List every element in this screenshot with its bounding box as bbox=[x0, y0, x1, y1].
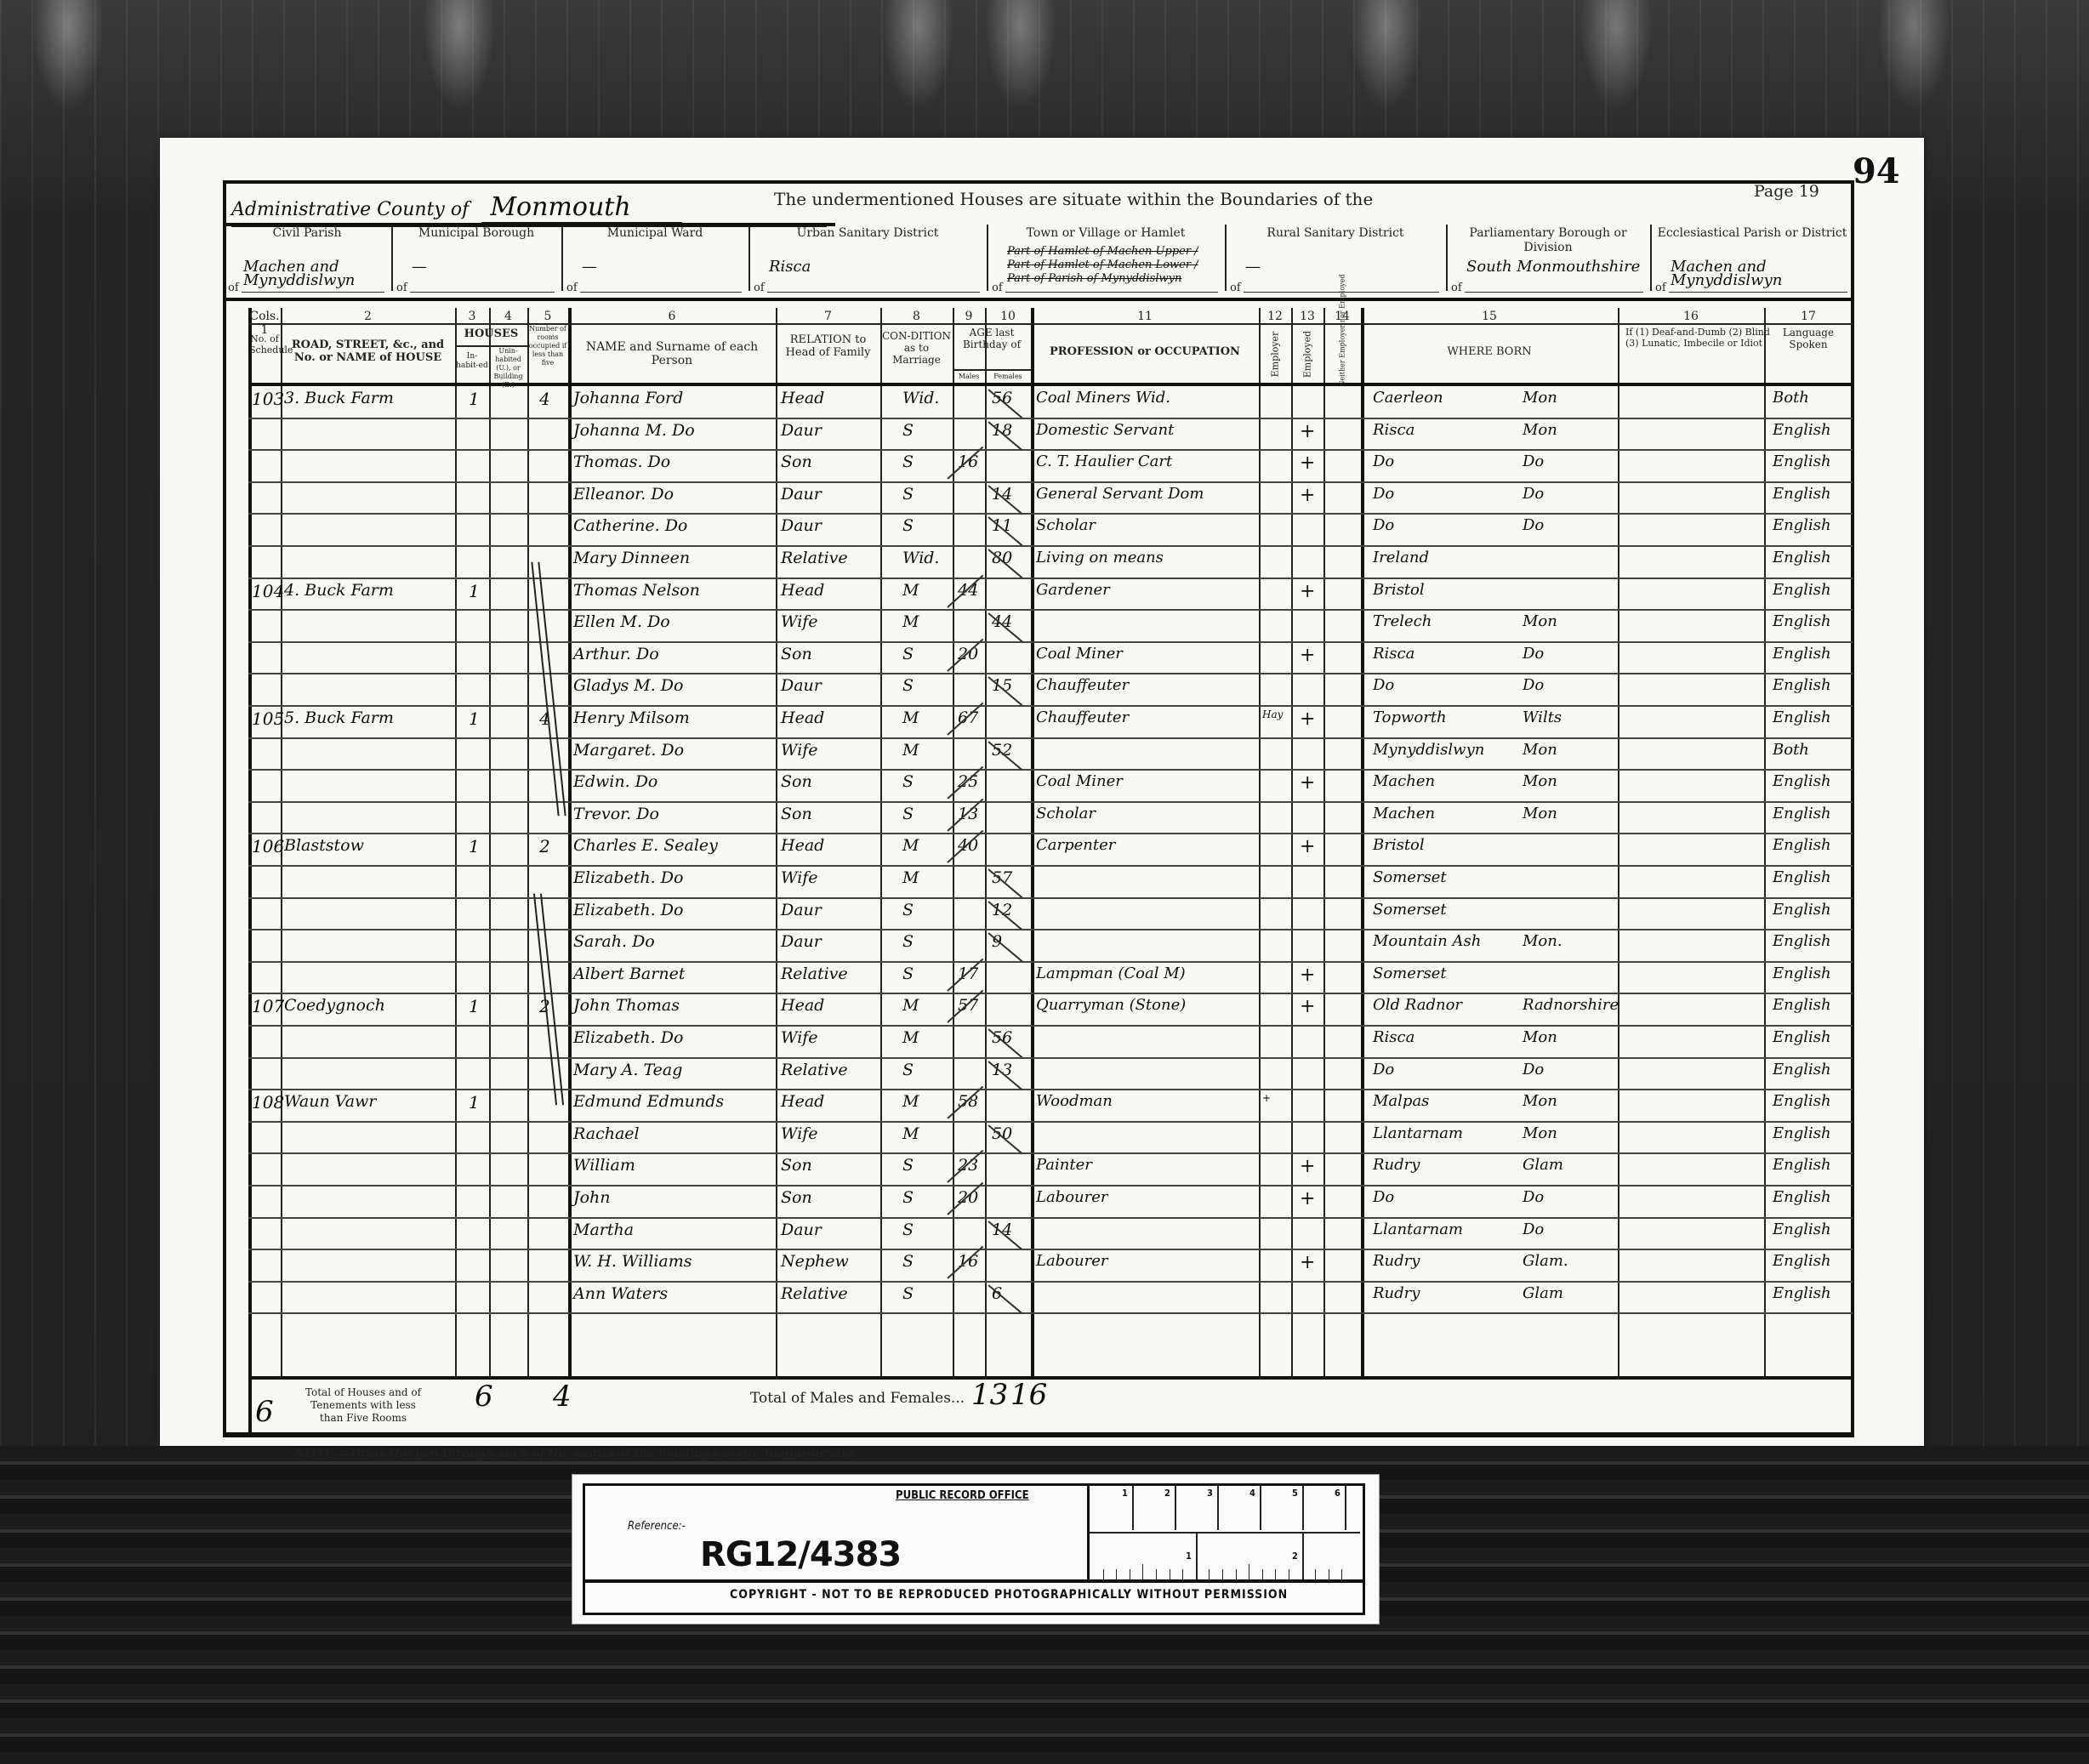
cell-name: Ellen M. Do bbox=[573, 612, 670, 631]
ruler-minor-tick bbox=[1341, 1569, 1342, 1579]
record-office-label: PUBLIC RECORD OFFICE Reference:- RG12/43… bbox=[572, 1474, 1380, 1625]
column-number: 8 bbox=[880, 310, 953, 323]
table-row: Margaret. DoWifeM52MynyddislwynMonBoth bbox=[248, 737, 1853, 770]
cell-relation: Relative bbox=[781, 1284, 848, 1303]
cell-relation: Wife bbox=[781, 868, 818, 887]
cell-language: English bbox=[1773, 932, 1831, 950]
ruler-inch-label: 2 bbox=[1292, 1551, 1298, 1562]
cell-language: Both bbox=[1773, 741, 1809, 759]
cell-occupation: Labourer bbox=[1036, 1252, 1108, 1270]
table-row: Elizabeth. DoWifeM56RiscaMonEnglish bbox=[248, 1025, 1853, 1057]
cell-born_county: Glam. bbox=[1523, 1252, 1568, 1270]
cell-language: English bbox=[1773, 805, 1831, 822]
cell-language: English bbox=[1773, 996, 1831, 1014]
cell-occupation: Domestic Servant bbox=[1036, 421, 1174, 439]
column-number: 9 bbox=[953, 310, 985, 323]
cell-relation: Head bbox=[781, 581, 824, 600]
cell-born_county: Mon. bbox=[1523, 932, 1562, 950]
cell-relation: Head bbox=[781, 836, 824, 855]
label-frame: PUBLIC RECORD OFFICE Reference:- RG12/43… bbox=[583, 1483, 1365, 1615]
cell-born_county: Glam bbox=[1523, 1156, 1563, 1174]
cell-condition: S bbox=[902, 516, 914, 535]
cell-relation: Daur bbox=[781, 932, 822, 951]
cell-employed: + bbox=[1300, 645, 1315, 666]
cell-male_age: 13 bbox=[958, 805, 978, 823]
ruler-cm-label: 6 bbox=[1335, 1488, 1340, 1499]
reference-number: RG12/4383 bbox=[700, 1535, 901, 1574]
cell-condition: S bbox=[902, 1188, 914, 1207]
cell-condition: M bbox=[902, 996, 919, 1015]
cell-employed: + bbox=[1300, 836, 1315, 857]
cell-occupation: Chauffeuter bbox=[1036, 708, 1129, 726]
cell-occupation: Chauffeuter bbox=[1036, 676, 1129, 694]
total-inhabited: 6 bbox=[475, 1380, 493, 1414]
cell-house: Coedygnoch bbox=[284, 996, 385, 1015]
cell-female_age: 14 bbox=[992, 485, 1012, 504]
column-heading-c7: RELATION to Head of Family bbox=[777, 333, 879, 359]
cell-occupation: General Servant Dom bbox=[1036, 485, 1204, 503]
cell-condition: M bbox=[902, 612, 919, 631]
cell-male_age: 57 bbox=[958, 996, 978, 1015]
cell-relation: Relative bbox=[781, 549, 848, 567]
table-row: Elizabeth. DoDaurS12SomersetEnglish bbox=[248, 897, 1853, 930]
cell-inhabited: 1 bbox=[469, 389, 480, 409]
cell-language: English bbox=[1773, 581, 1831, 599]
cell-employed: + bbox=[1300, 772, 1315, 794]
cell-born_county: Mon bbox=[1523, 1028, 1557, 1046]
cell-condition: S bbox=[902, 1156, 914, 1175]
cell-language: English bbox=[1773, 836, 1831, 854]
table-row: RachaelWifeM50LlantarnamMonEnglish bbox=[248, 1121, 1853, 1153]
cell-employed: + bbox=[1300, 581, 1315, 602]
cell-schedule: 108 bbox=[252, 1092, 284, 1112]
ruler-minor-tick bbox=[1130, 1569, 1130, 1579]
cell-language: English bbox=[1773, 772, 1831, 790]
cell-condition: S bbox=[902, 805, 914, 823]
cell-occupation: Labourer bbox=[1036, 1188, 1108, 1206]
ruler-cm-label: 5 bbox=[1292, 1488, 1298, 1499]
cell-language: English bbox=[1773, 516, 1831, 534]
cell-condition: M bbox=[902, 708, 919, 727]
copyright-notice: COPYRIGHT - NOT TO BE REPRODUCED PHOTOGR… bbox=[730, 1588, 1288, 1602]
cell-name: William bbox=[573, 1156, 635, 1175]
cell-relation: Daur bbox=[781, 485, 822, 504]
age-subrule bbox=[953, 369, 1031, 371]
column-heading-c3: In-habit-ed bbox=[456, 352, 488, 371]
cell-name: Rachael bbox=[573, 1124, 640, 1143]
cell-female_age: 11 bbox=[992, 516, 1012, 535]
table-row: Mary DinneenRelativeWid.80Living on mean… bbox=[248, 545, 1853, 578]
cell-condition: S bbox=[902, 676, 914, 695]
cell-born_place: Old Radnor bbox=[1373, 996, 1462, 1014]
cell-born_place: Somerset bbox=[1373, 901, 1447, 919]
ruler-cm-label: 1 bbox=[1122, 1488, 1128, 1499]
cell-language: Both bbox=[1773, 389, 1809, 407]
table-row: Ellen M. DoWifeM44TrelechMonEnglish bbox=[248, 609, 1853, 641]
table-row: 1055. Buck Farm14Henry MilsomHeadM67Chau… bbox=[248, 705, 1853, 737]
cell-born_place: Risca bbox=[1373, 421, 1414, 439]
cell-language: English bbox=[1773, 1188, 1831, 1206]
cell-name: Thomas. Do bbox=[573, 452, 670, 471]
cell-male_age: 17 bbox=[958, 965, 978, 983]
ruler-cm-label: 2 bbox=[1164, 1488, 1170, 1499]
cell-occupation: C. T. Haulier Cart bbox=[1036, 452, 1172, 470]
cell-condition: S bbox=[902, 421, 914, 440]
cell-employed: + bbox=[1300, 708, 1315, 730]
total-rooms: 4 bbox=[553, 1380, 572, 1414]
column-number: 6 bbox=[568, 310, 776, 323]
colnum-rule bbox=[248, 323, 1853, 325]
cell-female_age: 13 bbox=[992, 1061, 1012, 1079]
cell-relation: Son bbox=[781, 645, 812, 663]
cell-female_age: 15 bbox=[992, 676, 1012, 695]
column-heading-c1: No. of Schedule bbox=[249, 333, 280, 356]
cell-language: English bbox=[1773, 1124, 1831, 1142]
table-row: Elleanor. DoDaurS14General Servant Dom+D… bbox=[248, 481, 1853, 514]
cell-name: Henry Milsom bbox=[573, 708, 690, 727]
houses-heading: HOUSES bbox=[455, 327, 527, 341]
cell-born_place: Caerleon bbox=[1373, 389, 1443, 407]
cell-language: English bbox=[1773, 901, 1831, 919]
table-row: Mary A. TeagRelativeS13DoDoEnglish bbox=[248, 1057, 1853, 1090]
cell-language: English bbox=[1773, 1028, 1831, 1046]
ruler-minor-tick bbox=[1196, 1564, 1197, 1579]
cell-name: Johanna Ford bbox=[573, 389, 683, 407]
ruler-inch-label: 1 bbox=[1186, 1551, 1192, 1562]
people-total-label: Total of Males and Females... bbox=[750, 1390, 965, 1407]
cell-house: Waun Vawr bbox=[284, 1092, 376, 1111]
table-row: Edwin. DoSonS25Coal Miner+MachenMonEngli… bbox=[248, 769, 1853, 801]
ruler-minor-tick bbox=[1142, 1564, 1143, 1579]
cell-born_place: Rudry bbox=[1373, 1156, 1420, 1174]
cell-born_county: Do bbox=[1523, 676, 1544, 694]
cell-schedule: 107 bbox=[252, 996, 284, 1016]
cell-condition: S bbox=[902, 1221, 914, 1239]
cell-name: Gladys M. Do bbox=[573, 676, 683, 695]
cell-condition: M bbox=[902, 836, 919, 855]
cell-name: W. H. Williams bbox=[573, 1252, 692, 1271]
cell-relation: Relative bbox=[781, 965, 848, 983]
cell-born_place: Trelech bbox=[1373, 612, 1432, 630]
cell-male_age: 20 bbox=[958, 645, 978, 663]
note-text: NOTE.—Draw the pen through such of the w… bbox=[294, 1446, 857, 1461]
cell-born_place: Somerset bbox=[1373, 868, 1447, 886]
ruler-minor-tick bbox=[1116, 1569, 1117, 1579]
cell-name: Margaret. Do bbox=[573, 741, 684, 760]
total-schedules: 6 bbox=[255, 1395, 274, 1429]
ruler-cm-tick bbox=[1175, 1486, 1176, 1530]
cell-born_place: Risca bbox=[1373, 1028, 1414, 1046]
column-heading-c17: Language Spoken bbox=[1765, 327, 1852, 350]
cell-male_age: 16 bbox=[958, 452, 978, 471]
cell-born_county: Mon bbox=[1523, 389, 1557, 407]
table-row: Ann WatersRelativeS6RudryGlamEnglish bbox=[248, 1281, 1853, 1313]
cell-condition: M bbox=[902, 1028, 919, 1047]
cell-inhabited: 1 bbox=[469, 836, 480, 856]
cell-born_place: Do bbox=[1373, 452, 1394, 470]
cell-born_place: Do bbox=[1373, 485, 1394, 503]
cell-born_place: Topworth bbox=[1373, 708, 1447, 726]
cell-born_place: Bristol bbox=[1373, 581, 1425, 599]
table-row: Thomas. DoSonS16C. T. Haulier Cart+DoDoE… bbox=[248, 449, 1853, 481]
column-heading-c13: Employed bbox=[1302, 323, 1313, 386]
cell-schedule: 104 bbox=[252, 581, 284, 601]
cell-language: English bbox=[1773, 1252, 1831, 1270]
table-row: JohnSonS20Labourer+DoDoEnglish bbox=[248, 1185, 1853, 1217]
table-row: Gladys M. DoDaurS15ChauffeuterDoDoEnglis… bbox=[248, 673, 1853, 705]
cell-relation: Nephew bbox=[781, 1252, 849, 1271]
cell-rooms: 2 bbox=[539, 836, 550, 856]
cell-female_age: 44 bbox=[992, 612, 1012, 631]
cell-language: English bbox=[1773, 645, 1831, 663]
ruler-minor-tick bbox=[1262, 1569, 1263, 1579]
table-row: Trevor. DoSonS13ScholarMachenMonEnglish bbox=[248, 801, 1853, 834]
age-heading: AGE last Birthday of bbox=[953, 327, 1031, 350]
cell-occupation: Living on means bbox=[1036, 549, 1164, 566]
cell-born_place: Mynyddislwyn bbox=[1373, 741, 1484, 759]
cell-female_age: 56 bbox=[992, 389, 1012, 407]
cell-male_age: 16 bbox=[958, 1252, 978, 1271]
office-name: PUBLIC RECORD OFFICE bbox=[896, 1489, 1029, 1502]
cell-relation: Daur bbox=[781, 421, 822, 440]
cell-language: English bbox=[1773, 1284, 1831, 1302]
cell-language: English bbox=[1773, 549, 1831, 566]
cell-born_county: Do bbox=[1523, 1061, 1544, 1078]
ruler-cm-label: 3 bbox=[1207, 1488, 1213, 1499]
cell-condition: M bbox=[902, 868, 919, 887]
cell-born_county: Mon bbox=[1523, 1124, 1557, 1142]
cell-born_place: Bristol bbox=[1373, 836, 1425, 854]
houses-total-label: Total of Houses and of Tenements with le… bbox=[299, 1386, 427, 1425]
cell-occupation: Painter bbox=[1036, 1156, 1092, 1174]
table-row: Elizabeth. DoWifeM57SomersetEnglish bbox=[248, 865, 1853, 897]
ruler-minor-tick bbox=[1275, 1569, 1276, 1579]
column-heading-c5: Number of rooms occupied if less than fi… bbox=[528, 325, 567, 367]
cell-condition: S bbox=[902, 932, 914, 951]
column-number: 13 bbox=[1291, 310, 1323, 323]
cell-relation: Wife bbox=[781, 741, 818, 760]
cell-born_place: Machen bbox=[1373, 772, 1435, 790]
cell-name: Ann Waters bbox=[573, 1284, 668, 1303]
ruler-minor-tick bbox=[1156, 1569, 1157, 1579]
table-row: Catherine. DoDaurS11ScholarDoDoEnglish bbox=[248, 513, 1853, 545]
table-row: WilliamSonS23Painter+RudryGlamEnglish bbox=[248, 1152, 1853, 1185]
cell-name: Thomas Nelson bbox=[573, 581, 700, 600]
cell-born_place: Malpas bbox=[1373, 1092, 1429, 1110]
cell-born_place: Do bbox=[1373, 1061, 1394, 1078]
column-number: 4 bbox=[489, 310, 527, 323]
total-males: 13 bbox=[971, 1378, 1008, 1412]
cell-house: 3. Buck Farm bbox=[284, 389, 394, 407]
column-number: 7 bbox=[776, 310, 880, 323]
cell-condition: M bbox=[902, 741, 919, 760]
cell-name: Elizabeth. Do bbox=[573, 868, 683, 887]
column-heading-c15: WHERE BORN bbox=[1362, 345, 1617, 358]
reference-label: Reference:- bbox=[628, 1520, 686, 1533]
cell-born_county: Do bbox=[1523, 645, 1544, 663]
column-number: 12 bbox=[1259, 310, 1291, 323]
label-divider bbox=[585, 1579, 1363, 1583]
cell-male_age: 40 bbox=[958, 836, 978, 855]
cell-name: Sarah. Do bbox=[573, 932, 655, 951]
cell-born_county: Do bbox=[1523, 516, 1544, 534]
ruler-mid-rule bbox=[1090, 1532, 1360, 1534]
cell-occupation: Gardener bbox=[1036, 581, 1110, 599]
cell-name: Elleanor. Do bbox=[573, 485, 674, 504]
cell-born_place: Do bbox=[1373, 1188, 1394, 1206]
cell-name: Elizabeth. Do bbox=[573, 901, 683, 919]
cell-female_age: 18 bbox=[992, 421, 1012, 440]
cell-condition: S bbox=[902, 965, 914, 983]
cell-relation: Daur bbox=[781, 901, 822, 919]
cell-relation: Daur bbox=[781, 676, 822, 695]
cell-name: Catherine. Do bbox=[573, 516, 687, 535]
cell-house: 5. Buck Farm bbox=[284, 708, 394, 727]
cell-relation: Relative bbox=[781, 1061, 848, 1079]
cell-condition: S bbox=[902, 772, 914, 791]
column-heading-c6: NAME and Surname of each Person bbox=[569, 340, 775, 367]
cell-born_place: Ireland bbox=[1373, 549, 1429, 566]
cell-occupation: Carpenter bbox=[1036, 836, 1115, 854]
cell-inhabited: 1 bbox=[469, 1092, 480, 1112]
cell-language: English bbox=[1773, 965, 1831, 982]
cell-occupation: Coal Miner bbox=[1036, 645, 1123, 663]
row-rule bbox=[248, 1312, 1853, 1314]
cell-condition: S bbox=[902, 901, 914, 919]
cell-born_place: Risca bbox=[1373, 645, 1414, 663]
scale-ruler: 123456 12 bbox=[1087, 1486, 1367, 1579]
column-heading-c8: CON-DITION as to Marriage bbox=[881, 330, 952, 366]
table-row: Sarah. DoDaurS9Mountain AshMon.English bbox=[248, 929, 1853, 961]
cell-male_age: 20 bbox=[958, 1188, 978, 1207]
cell-language: English bbox=[1773, 708, 1831, 726]
ruler-cm-label: 4 bbox=[1249, 1488, 1255, 1499]
cell-condition: S bbox=[902, 645, 914, 663]
table-row: Johanna M. DoDaurS18Domestic Servant+Ris… bbox=[248, 418, 1853, 450]
cell-born_place: Rudry bbox=[1373, 1252, 1420, 1270]
cell-schedule: 106 bbox=[252, 836, 284, 856]
cell-relation: Head bbox=[781, 708, 824, 727]
cell-female_age: 12 bbox=[992, 901, 1012, 919]
table-row: 106Blaststow12Charles E. SealeyHeadM40Ca… bbox=[248, 833, 1853, 865]
column-heading-c4: Unin-habited (U.), or Building (B.) bbox=[490, 347, 527, 390]
cell-name: Mary Dinneen bbox=[573, 549, 690, 567]
cell-condition: M bbox=[902, 1124, 919, 1143]
table-row: 108Waun Vawr1Edmund EdmundsHeadM58Woodma… bbox=[248, 1089, 1853, 1121]
cell-employed: + bbox=[1300, 1156, 1315, 1177]
cell-language: English bbox=[1773, 1092, 1831, 1110]
column-number: 10 bbox=[985, 310, 1031, 323]
column-number: 11 bbox=[1031, 310, 1259, 323]
cell-condition: S bbox=[902, 485, 914, 504]
cell-born_county: Do bbox=[1523, 485, 1544, 503]
cell-name: Charles E. Sealey bbox=[573, 836, 718, 855]
cell-relation: Daur bbox=[781, 516, 822, 535]
cell-born_place: Rudry bbox=[1373, 1284, 1420, 1302]
column-number: 5 bbox=[527, 310, 568, 323]
cell-language: English bbox=[1773, 676, 1831, 694]
cell-employed: + bbox=[1300, 965, 1315, 986]
cell-condition: Wid. bbox=[902, 549, 939, 567]
cell-employed: + bbox=[1300, 1188, 1315, 1209]
cell-relation: Son bbox=[781, 1156, 812, 1175]
cell-female_age: 14 bbox=[992, 1221, 1012, 1239]
cell-male_age: 25 bbox=[958, 772, 978, 791]
cell-born_county: Mon bbox=[1523, 772, 1557, 790]
cell-female_age: 56 bbox=[992, 1028, 1012, 1047]
ruler-minor-tick bbox=[1170, 1569, 1170, 1579]
cell-employed: + bbox=[1300, 421, 1315, 442]
cell-born_place: Do bbox=[1373, 516, 1394, 534]
column-heading-c9: Males bbox=[953, 373, 984, 381]
cell-employed: + bbox=[1300, 452, 1315, 474]
ruler-minor-tick bbox=[1289, 1569, 1289, 1579]
column-heading-c14: Neither Employer nor Employed bbox=[1339, 319, 1346, 387]
cell-inhabited: 1 bbox=[469, 581, 480, 601]
cell-born_place: Llantarnam bbox=[1373, 1124, 1463, 1142]
totals-bottom-rule bbox=[223, 1432, 1854, 1436]
cell-condition: S bbox=[902, 1061, 914, 1079]
cell-name: Johanna M. Do bbox=[573, 421, 695, 440]
cell-female_age: 52 bbox=[992, 741, 1012, 760]
cell-born_county: Do bbox=[1523, 1221, 1544, 1238]
cell-condition: M bbox=[902, 581, 919, 600]
cell-born_county: Mon bbox=[1523, 805, 1557, 822]
cell-name: Albert Barnet bbox=[573, 965, 685, 983]
cell-born_county: Wilts bbox=[1523, 708, 1562, 726]
cell-condition: M bbox=[902, 1092, 919, 1111]
cell-employer: Hay bbox=[1262, 708, 1283, 720]
table-row: 1044. Buck Farm1Thomas NelsonHeadM44Gard… bbox=[248, 578, 1853, 610]
cell-rooms: 4 bbox=[539, 389, 550, 409]
cell-relation: Son bbox=[781, 805, 812, 823]
cell-house: Blaststow bbox=[284, 836, 364, 855]
column-number: 15 bbox=[1361, 310, 1618, 323]
column-heading-c16: If (1) Deaf-and-Dumb (2) Blind (3) Lunat… bbox=[1619, 327, 1770, 349]
table-row: 1033. Buck Farm14Johanna FordHeadWid.56C… bbox=[248, 385, 1853, 418]
cell-inhabited: 1 bbox=[469, 996, 480, 1016]
column-heading-c2: ROAD, STREET, &c., and No. or NAME of HO… bbox=[282, 339, 454, 364]
cell-relation: Head bbox=[781, 1092, 824, 1111]
cell-language: English bbox=[1773, 1156, 1831, 1174]
cell-occupation: Scholar bbox=[1036, 805, 1096, 822]
ruler-minor-tick bbox=[1103, 1569, 1104, 1579]
ruler-minor-tick bbox=[1236, 1569, 1237, 1579]
column-number: 2 bbox=[281, 310, 455, 323]
cell-relation: Daur bbox=[781, 1221, 822, 1239]
cell-condition: Wid. bbox=[902, 389, 939, 407]
cell-occupation: Lampman (Coal M) bbox=[1036, 965, 1186, 982]
cell-condition: S bbox=[902, 1284, 914, 1303]
cell-born_county: Do bbox=[1523, 1188, 1544, 1206]
column-number: 3 bbox=[455, 310, 489, 323]
cell-name: Martha bbox=[573, 1221, 634, 1239]
cell-born_county: Glam bbox=[1523, 1284, 1563, 1302]
cell-male_age: 58 bbox=[958, 1092, 978, 1111]
cell-relation: Wife bbox=[781, 612, 818, 631]
cell-male_age: 23 bbox=[958, 1156, 978, 1175]
cell-name: Elizabeth. Do bbox=[573, 1028, 683, 1047]
ruler-minor-tick bbox=[1302, 1564, 1303, 1579]
table-row: Arthur. DoSonS20Coal Miner+RiscaDoEnglis… bbox=[248, 641, 1853, 674]
cell-schedule: 105 bbox=[252, 708, 284, 729]
column-heading-c12: Employer bbox=[1270, 323, 1281, 386]
cell-born_place: Somerset bbox=[1373, 965, 1447, 982]
cell-born_county: Mon bbox=[1523, 612, 1557, 630]
cell-born_county: Do bbox=[1523, 452, 1544, 470]
cell-name: John Thomas bbox=[573, 996, 680, 1015]
cell-name: Mary A. Teag bbox=[573, 1061, 682, 1079]
